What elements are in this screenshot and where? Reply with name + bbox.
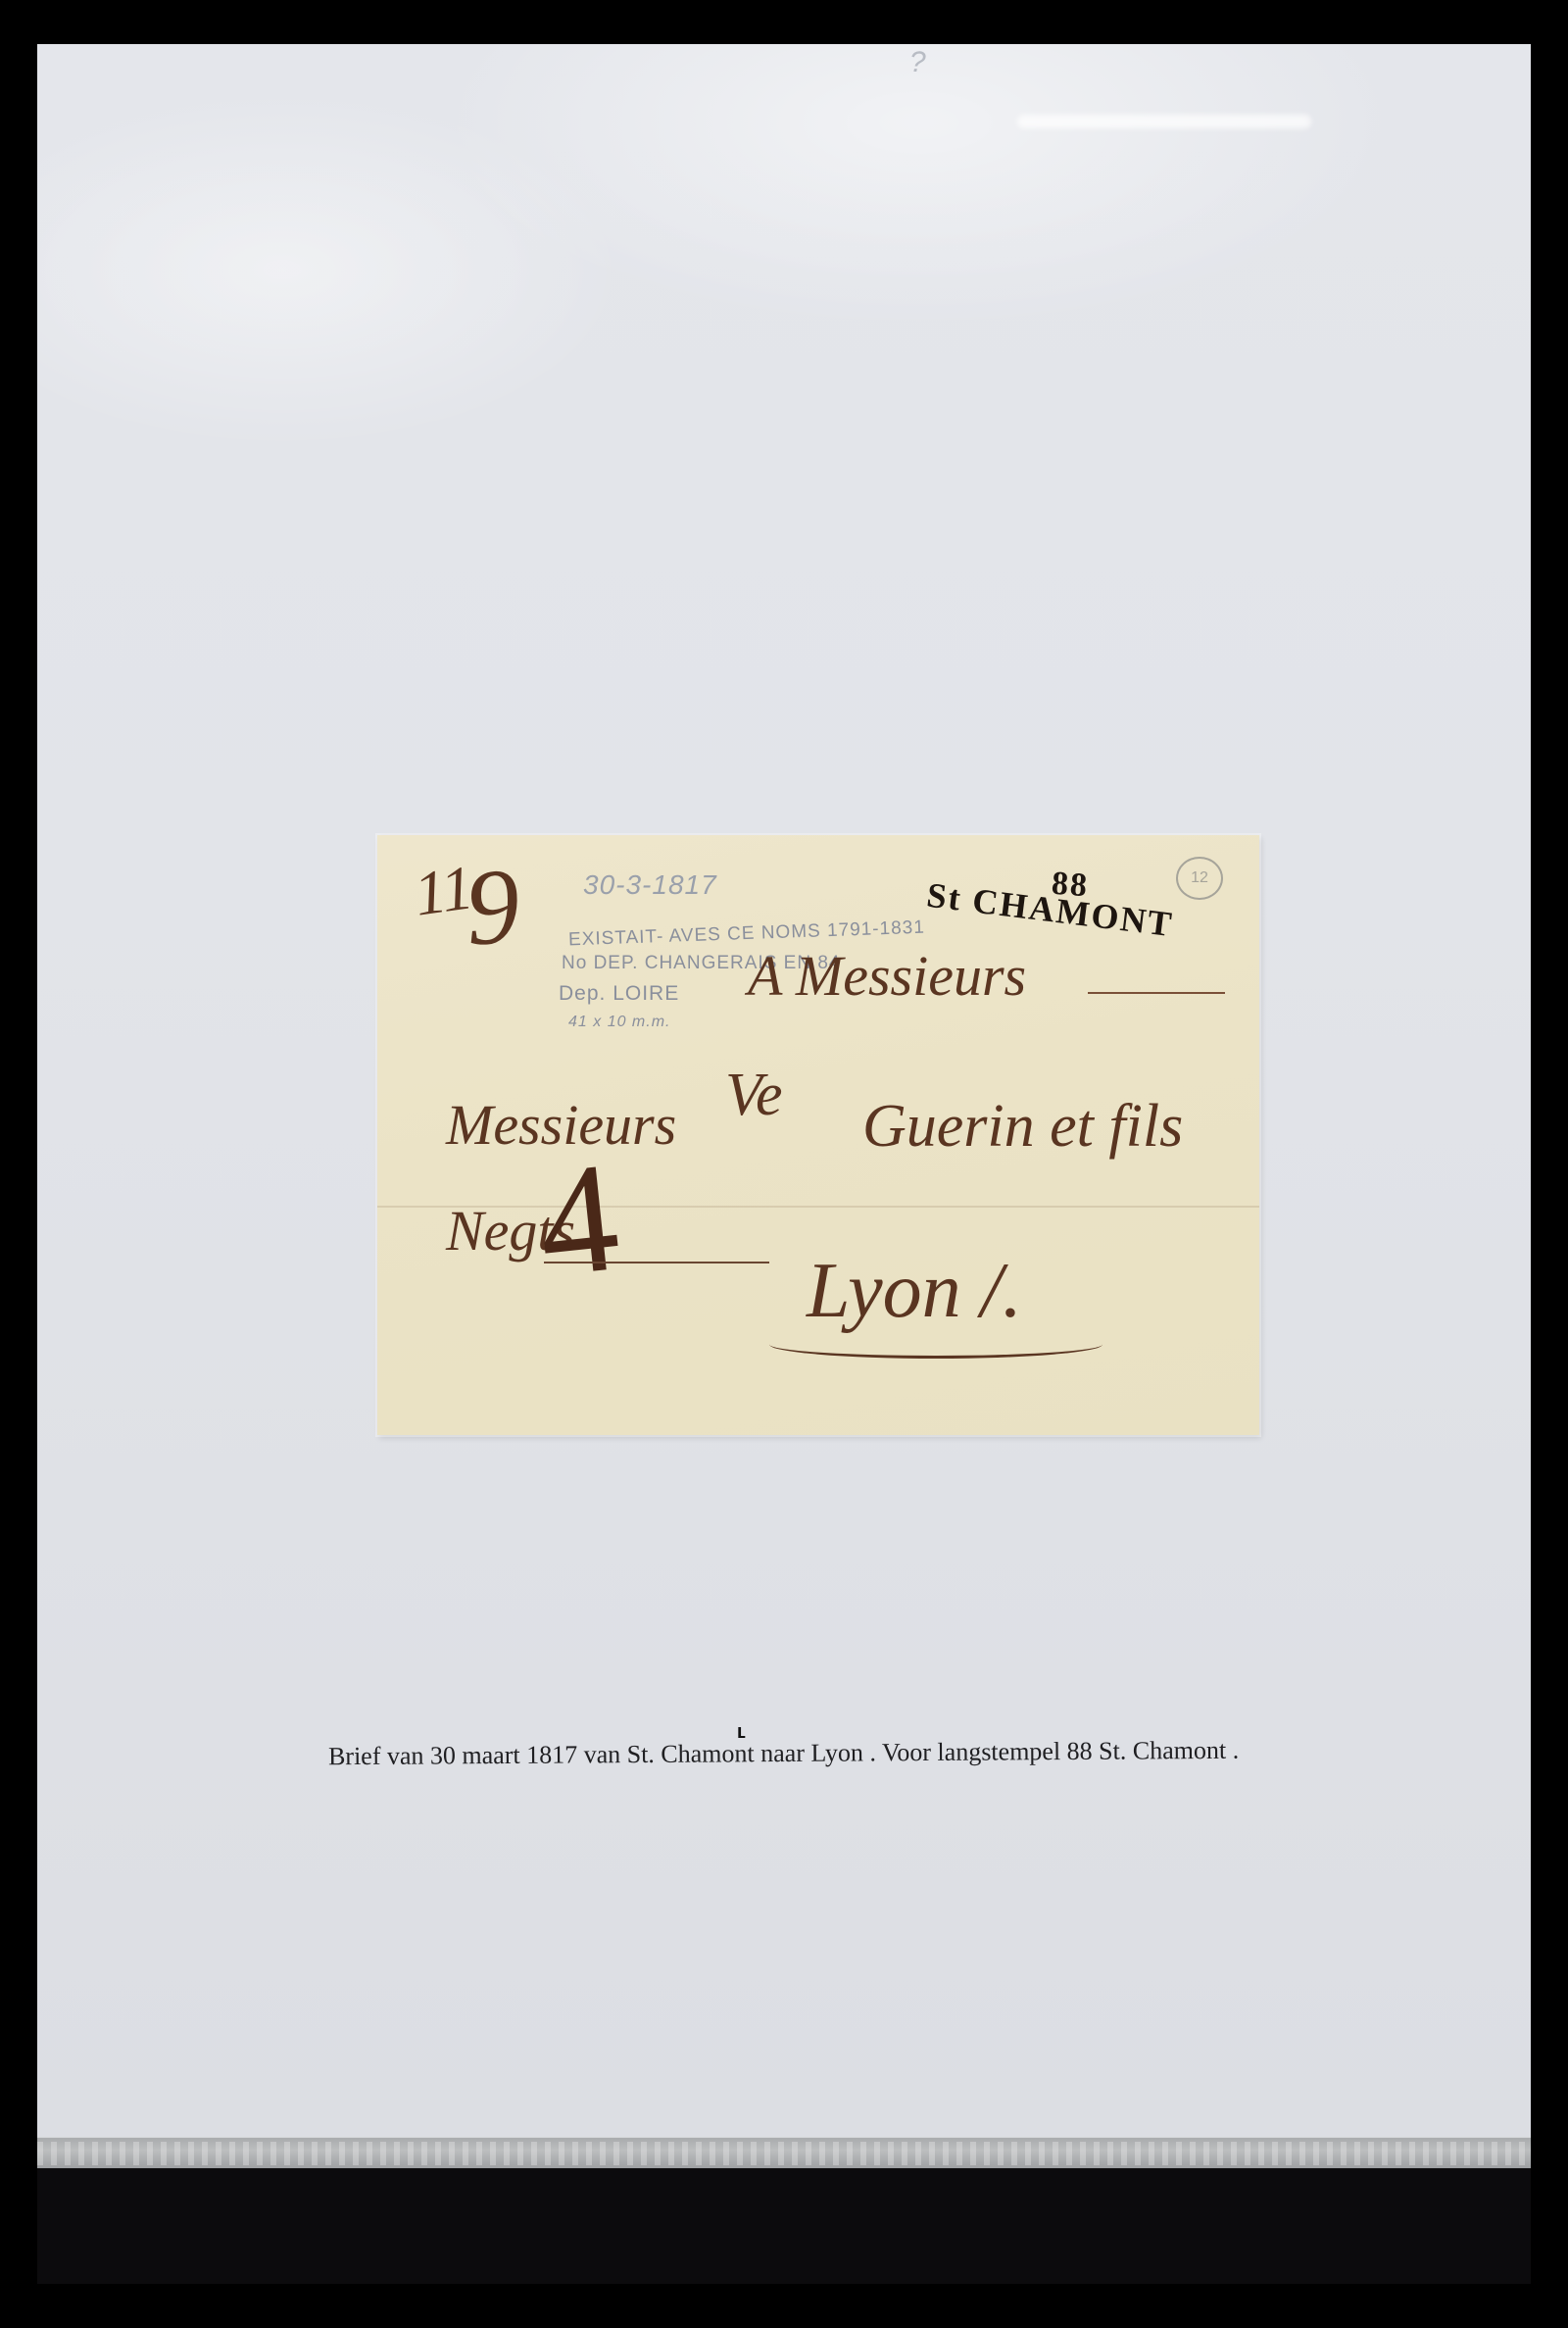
- letter-cover: 11 9 30-3-1817 EXISTAIT- AVES CE NOMS 17…: [377, 835, 1259, 1435]
- pencil-note-line: Dep. LOIRE: [559, 982, 679, 1006]
- tax-rule: [544, 1262, 769, 1263]
- postmark-town: St CHAMONT: [924, 874, 1175, 946]
- manuscript-rate-9: 9: [462, 843, 524, 971]
- pencil-note-line: 41 x 10 m.m.: [568, 1014, 670, 1031]
- sleeve-reflection: [1017, 115, 1311, 128]
- address-city: Lyon /.: [807, 1247, 1022, 1336]
- circled-number-mark: 12: [1176, 857, 1223, 900]
- address-rule: [1088, 992, 1225, 994]
- address-widow: Ve: [725, 1061, 783, 1130]
- strip-pattern: [37, 2142, 1531, 2165]
- pencil-date: 30-3-1817: [583, 869, 717, 901]
- dark-background-band: [37, 2168, 1531, 2284]
- address-recipient-name: Guerin et fils: [862, 1092, 1183, 1162]
- pencil-mark: ?: [909, 46, 926, 79]
- address-flourish: [769, 1330, 1102, 1359]
- address-salutation: A Messieurs: [748, 943, 1026, 1009]
- sleeve-strip: [37, 2137, 1531, 2169]
